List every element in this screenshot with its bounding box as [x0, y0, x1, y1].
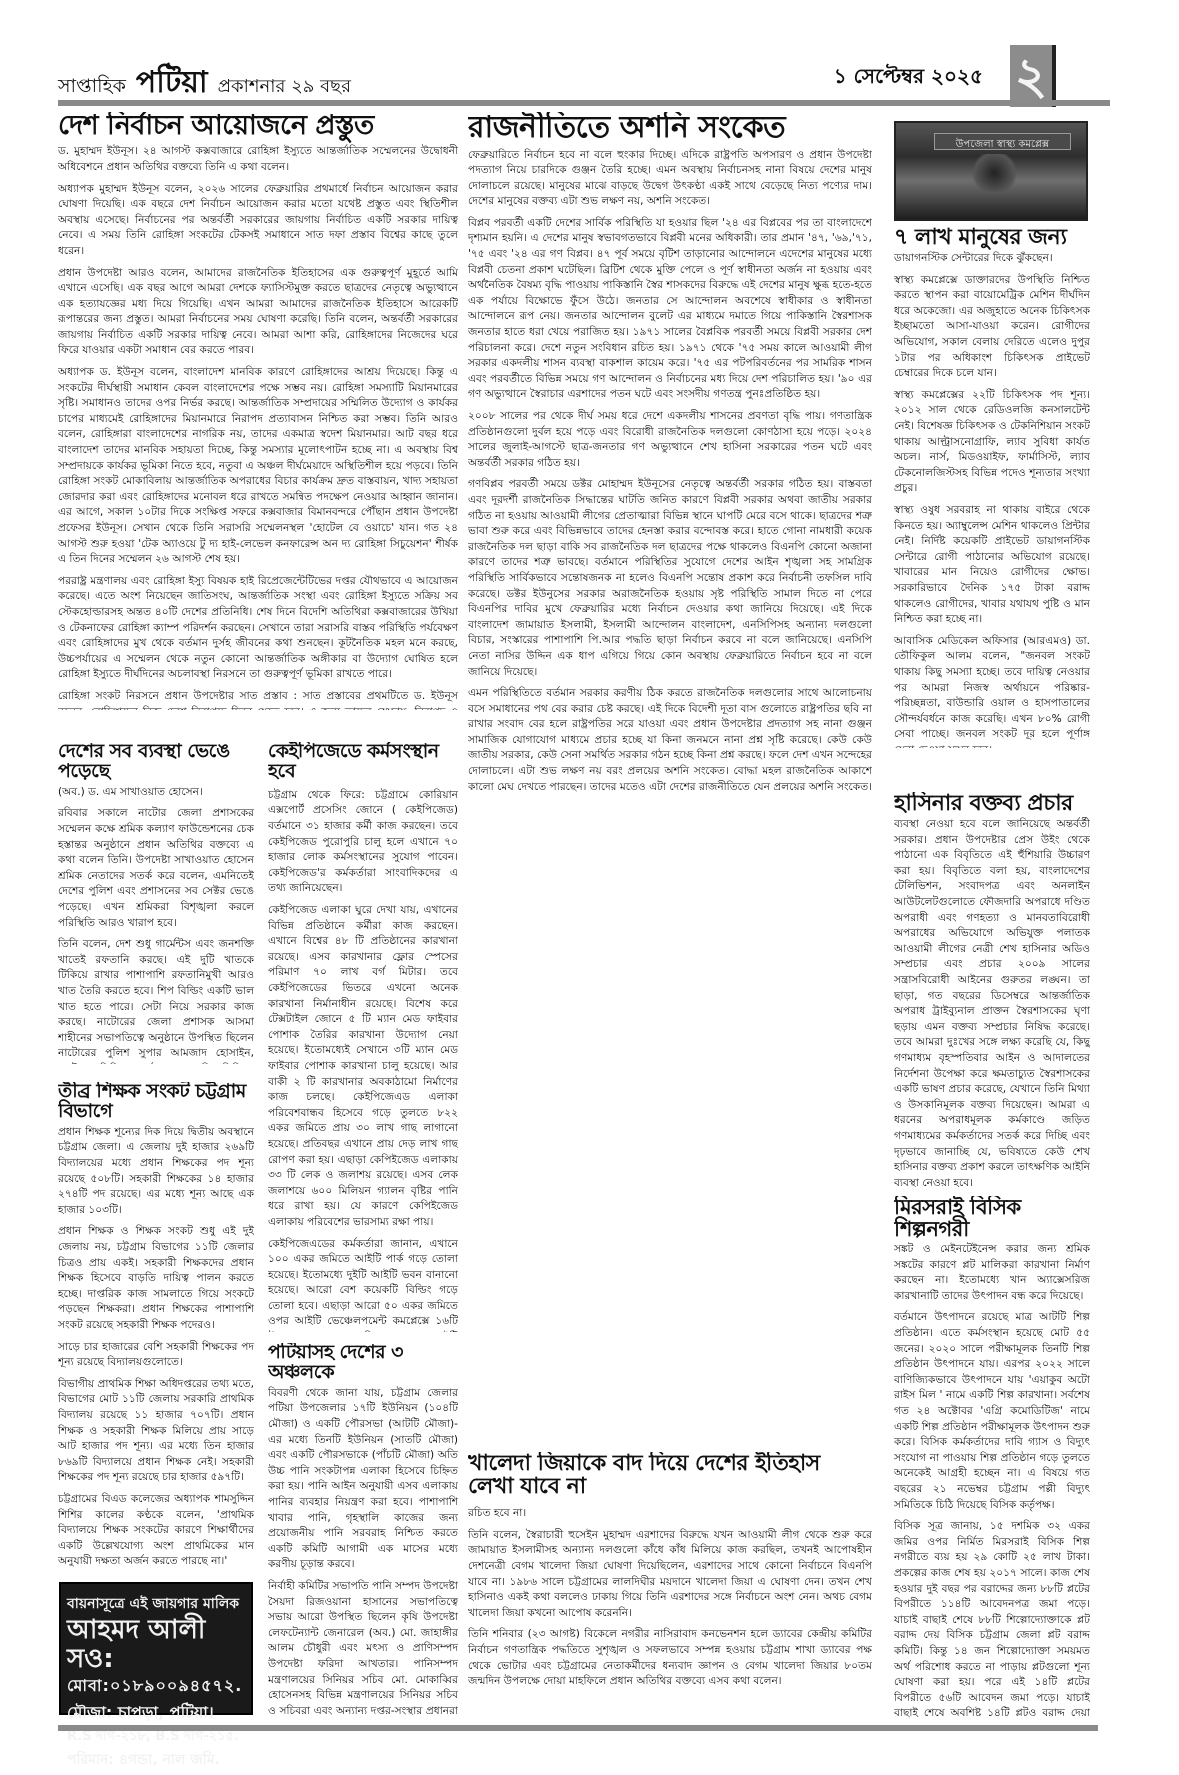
paragraph: বর্তমানে উৎপাদনে রয়েছে মাত্র আটটি শিল্প… — [894, 1310, 1090, 1513]
paragraph: তিনি বলেন, স্বৈরাচারী হুসেইন মুহাম্মদ এর… — [468, 1528, 872, 1622]
masthead: সাপ্তাহিক পটিয়া প্রকাশনার ২৯ বছর — [58, 58, 351, 98]
article-systems-collapsed: দেশের সব ব্যবস্থা ভেঙে পড়েছে (অব.) ড. এ… — [58, 742, 254, 1064]
paragraph: চট্টগ্রাম থেকে ফিরে: চট্টগ্রামে কোরিয়ান… — [268, 788, 458, 897]
paragraph: রবিবার সকালে নাটোর জেলা প্রশাসকের সম্মেল… — [58, 806, 254, 931]
paragraph: রোহিঙ্গা সংকট নিরসনে প্রধান উপদেষ্টার সা… — [58, 689, 458, 710]
land-ownership-notice-photo: বায়নাসূত্রে এই জায়গার মালিক আহমদ আলী স… — [59, 1582, 253, 1715]
bottom-rule-divider — [58, 1725, 1098, 1731]
article-body: ফেব্রুয়ারিতে নির্বাচন হবে না বলে হুংকার… — [468, 148, 872, 796]
article-mirsarai-bscic: মিরসরাই বিসিক শিল্পনগরী সঙ্কট ও মেইনটেইন… — [894, 1196, 1090, 1720]
article-health-7-lakh: ৭ লাখ মানুষের জন্য ডায়াগনস্টিক সেন্টারে… — [894, 226, 1090, 748]
paragraph: অধ্যাপক ড. ইউনূস বলেন, বাংলাদেশ মানবিক ক… — [58, 365, 458, 568]
article-politics-warning: রাজনীতিতে অশনি সংকেত ফেব্রুয়ারিতে নির্ব… — [468, 112, 872, 1432]
paragraph: কেইপিজেএডের কর্মকর্তারা জানান, এখানে ১০০… — [268, 1237, 458, 1333]
paragraph: পররাষ্ট্র মন্ত্রণালয় এবং রোহিঙ্গা ইস্যু… — [58, 574, 458, 683]
paragraph: সাড়ে চার হাজারের বেশি সহকারী শিক্ষকের প… — [58, 1340, 254, 1371]
headline: রাজনীতিতে অশনি সংকেত — [468, 112, 872, 144]
paragraph: স্বাস্থ্য ওষুধ সরবরাহ না থাকায় বাইরে থে… — [894, 503, 1090, 628]
headline: ৭ লাখ মানুষের জন্য — [894, 226, 1090, 249]
headline: দেশের সব ব্যবস্থা ভেঙে পড়েছে — [58, 742, 254, 782]
headline: কেইপিজেডে কর্মসংস্থান হবে — [268, 742, 458, 782]
article-body: (অব.) ড. এম সাখাওয়াত হোসেন। রবিবার সকাল… — [58, 785, 254, 1064]
article-body: প্রধান শিক্ষক শূন্যের দিক দিয়ে দ্বিতীয়… — [58, 1125, 254, 1570]
paragraph: বিবরণী থেকে জানা যায়, চট্টগ্রাম জেলার প… — [268, 1386, 458, 1573]
paragraph: প্রধান শিক্ষক ও শিক্ষক সংকট শুধু এই দুই … — [58, 1224, 254, 1333]
ad-line: মৌজা: চাপড়া, পটিয়া। — [67, 1700, 245, 1727]
ad-owner-name: আহমদ আলী সও: — [67, 1616, 245, 1673]
article-body: ড. মুহাম্মদ ইউনূস। ২৪ আগস্ট কক্সবাজারে র… — [58, 144, 458, 710]
ad-line: পরিমান: ৪গন্ডা, নাল জমি. — [67, 1748, 245, 1772]
article-body: ডায়াগনস্টিক সেন্টারের দিকে ঝুঁকছেন। স্ব… — [894, 251, 1090, 748]
paragraph: প্রধান শিক্ষক শূন্যের দিক দিয়ে দ্বিতীয়… — [58, 1125, 254, 1219]
article-body: সঙ্কট ও মেইনটেইনেন্স করার জন্য শ্রমিক সঙ… — [894, 1242, 1090, 1720]
paragraph: ফেব্রুয়ারিতে নির্বাচন হবে না বলে হুংকার… — [468, 148, 872, 210]
paragraph: কেইপিজেড এলাকা ঘুরে দেখা যায়, এখানের বি… — [268, 903, 458, 1230]
paragraph: (অব.) ড. এম সাখাওয়াত হোসেন। — [58, 785, 254, 801]
issue-date: ১ সেপ্টেম্বর ২০২৫ — [834, 62, 983, 95]
paragraph: তিনি বলেন, দেশ শুধু গার্মেন্টস এবং জনশক্… — [58, 937, 254, 1064]
paragraph: বিভাগীয় প্রাথমিক শিক্ষা অধিদপ্তরের তথ্য… — [58, 1377, 254, 1486]
article-body: চট্টগ্রাম থেকে ফিরে: চট্টগ্রামে কোরিয়ান… — [268, 788, 458, 1332]
headline: দেশ নির্বাচন আয়োজনে প্রস্তুত — [58, 112, 458, 140]
paragraph: নির্বাহী কমিটির সভাপতি পানি সম্পদ উপদেষ্… — [268, 1579, 458, 1719]
paragraph: স্বাস্থ্য কমপ্লেক্সে ডাক্তারদের উপস্থিতি… — [894, 273, 1090, 382]
article-khaleda-history: খালেদা জিয়াকে বাদ দিয়ে দেশের ইতিহাস লে… — [468, 1452, 872, 1720]
paragraph: সঙ্কট ও মেইনটেইনেন্স করার জন্য শ্রমিক সঙ… — [894, 1242, 1090, 1304]
article-hasina-broadcast: হাসিনার বক্তব্য প্রচার ব্যবস্থা নেওয়া হ… — [894, 792, 1090, 1196]
page-number-badge: ২ — [1010, 45, 1056, 107]
article-body: ব্যবস্থা নেওয়া হবে বলে জানিয়েছে অন্তর্… — [894, 817, 1090, 1191]
article-patiya-water-crisis: পটিয়াসহ দেশের ৩ অঞ্চলকে বিবরণী থেকে জান… — [268, 1343, 458, 1719]
ad-phone: মোবা:০১৮৯০০৯৪৫৭২. — [67, 1673, 245, 1700]
headline: তীব্র শিক্ষক সংকট চট্টগ্রাম বিভাগে — [58, 1082, 254, 1122]
paragraph: বিসিক সূত্র জানায়, ১৫ দশমিক ৩২ একর জমির… — [894, 1519, 1090, 1720]
photo-signboard: উপজেলা স্বাস্থ্য কমপ্লেক্স — [934, 133, 1071, 150]
ad-line: বায়নাসূত্রে এই জায়গার মালিক — [67, 1592, 245, 1616]
paragraph: এমন পরিস্থিতিতে বর্তমান সরকার করণীয় ঠিক… — [468, 686, 872, 795]
paragraph: ব্যবস্থা নেওয়া হবে বলে জানিয়েছে অন্তর্… — [894, 817, 1090, 1191]
paragraph: ডায়াগনস্টিক সেন্টারের দিকে ঝুঁকছেন। — [894, 251, 1090, 267]
article-election-ready: দেশ নির্বাচন আয়োজনে প্রস্তুত ড. মুহাম্ম… — [58, 112, 458, 710]
paragraph: অধ্যাপক মুহাম্মদ ইউনূস বলেন, ২০২৬ সালের … — [58, 182, 458, 260]
headline: মিরসরাই বিসিক শিল্পনগরী — [894, 1196, 1090, 1240]
top-rule-divider — [58, 100, 1110, 106]
article-teacher-crisis: তীব্র শিক্ষক সংকট চট্টগ্রাম বিভাগে প্রধা… — [58, 1082, 254, 1572]
paragraph: ২০০৮ সালের পর থেকে দীর্ঘ সময় ধরে দেশে এ… — [468, 409, 872, 471]
headline: খালেদা জিয়াকে বাদ দিয়ে দেশের ইতিহাস লে… — [468, 1452, 872, 1498]
photo-tree — [968, 154, 1021, 192]
paragraph: স্বাস্থ্য কমপ্লেক্সের ২২টি চিকিৎসক পদ শূ… — [894, 388, 1090, 497]
paragraph: গণবিপ্লব পরবর্তী সময়ে ডক্টর মোহাম্মদ ইউ… — [468, 477, 872, 680]
paragraph: রচিত হবে না। — [468, 1506, 872, 1522]
paragraph: চট্টগ্রামের বিএড কলেজের অধ্যাপক শামসুদ্দ… — [58, 1492, 254, 1570]
paragraph: তিনি শনিবার (২৩ আগষ্ট) বিকেলে নগরীর নাসি… — [468, 1627, 872, 1689]
paragraph: বিপ্লব পরবর্তী একটি দেশের সার্বিক পরিস্থ… — [468, 216, 872, 403]
paragraph: প্রধান উপদেষ্টা আরও বলেন, আমাদের রাজনৈতি… — [58, 266, 458, 360]
publication-year-label: প্রকাশনার ২৯ বছর — [218, 72, 351, 103]
article-kepz-jobs: কেইপিজেডে কর্মসংস্থান হবে চট্টগ্রাম থেকে… — [268, 742, 458, 1332]
article-body: রচিত হবে না। তিনি বলেন, স্বৈরাচারী হুসেই… — [468, 1506, 872, 1690]
headline: পটিয়াসহ দেশের ৩ অঞ্চলকে — [268, 1343, 458, 1383]
health-complex-photo: উপজেলা স্বাস্থ্য কমপ্লেক্স — [894, 121, 1088, 221]
article-body: বিবরণী থেকে জানা যায়, চট্টগ্রাম জেলার প… — [268, 1386, 458, 1719]
paragraph: আবাসিক মেডিকেল অফিসার (আরএমও) ডা. তৌফিকু… — [894, 634, 1090, 748]
paragraph: ড. মুহাম্মদ ইউনূস। ২৪ আগস্ট কক্সবাজারে র… — [58, 144, 458, 175]
headline: হাসিনার বক্তব্য প্রচার — [894, 792, 1090, 815]
